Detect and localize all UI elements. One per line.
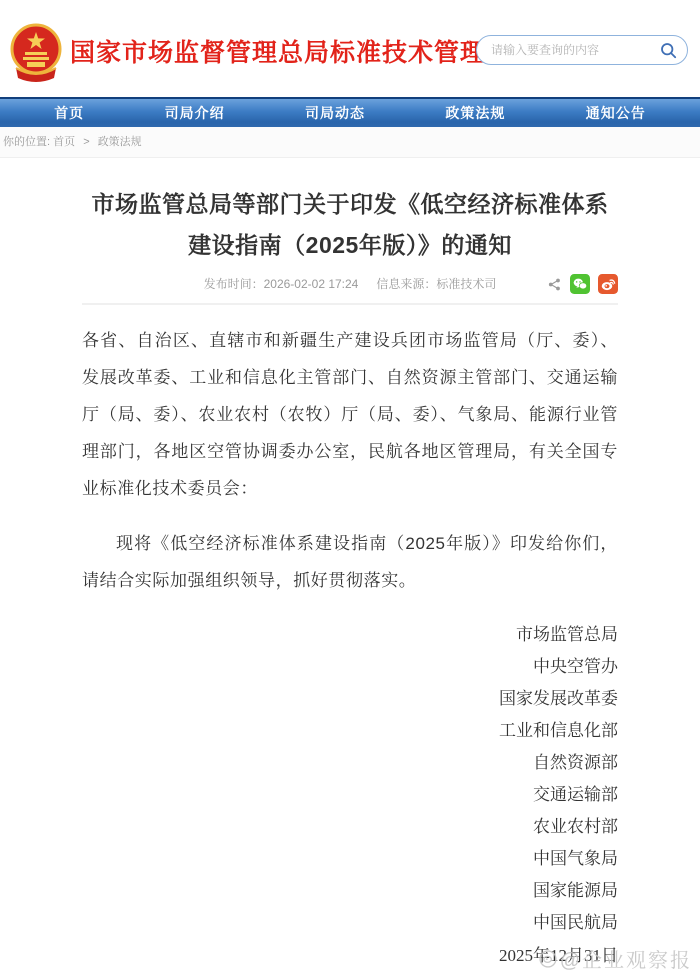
signature-line: 交通运输部 bbox=[82, 779, 618, 811]
signature-block: 市场监管总局 中央空管办 国家发展改革委 工业和信息化部 自然资源部 交通运输部… bbox=[82, 619, 618, 939]
signature-line: 国家发展改革委 bbox=[82, 683, 618, 715]
article: 市场监管总局等部门关于印发《低空经济标准体系建设指南（2025年版）》的通知 发… bbox=[0, 158, 700, 973]
signature-line: 国家能源局 bbox=[82, 875, 618, 907]
weibo-share-icon[interactable] bbox=[598, 274, 618, 294]
breadcrumb: 你的位置: 首页 > 政策法规 bbox=[0, 127, 700, 158]
article-paragraph: 各省、自治区、直辖市和新疆生产建设兵团市场监管局（厅、委）、发展改革委、工业和信… bbox=[82, 322, 618, 507]
source-label: 信息来源： bbox=[376, 277, 436, 291]
main-nav: 首页 司局介绍 司局动态 政策法规 通知公告 bbox=[0, 97, 700, 127]
share-icons bbox=[547, 273, 618, 295]
search-input[interactable] bbox=[491, 43, 660, 57]
wechat-share-icon[interactable] bbox=[570, 274, 590, 294]
signature-line: 农业农村部 bbox=[82, 811, 618, 843]
nav-item-home[interactable]: 首页 bbox=[54, 103, 84, 123]
signature-date: 2025年12月31日 bbox=[82, 939, 618, 973]
search-box[interactable] bbox=[476, 35, 688, 65]
search-icon bbox=[660, 42, 677, 59]
signature-line: 市场监管总局 bbox=[82, 619, 618, 651]
signature-line: 中国民航局 bbox=[82, 907, 618, 939]
nav-item-intro[interactable]: 司局介绍 bbox=[165, 103, 225, 123]
site-header: 国家市场监督管理总局标准技术管理司 bbox=[0, 0, 700, 97]
share-icon[interactable] bbox=[547, 277, 562, 292]
breadcrumb-home[interactable]: 首页 bbox=[53, 136, 75, 148]
breadcrumb-current[interactable]: 政策法规 bbox=[98, 136, 142, 148]
article-meta: 发布时间：2026-02-02 17:24信息来源：标准技术司 bbox=[82, 273, 618, 295]
signature-line: 中央空管办 bbox=[82, 651, 618, 683]
publish-time-value: 2026-02-02 17:24 bbox=[264, 277, 359, 291]
national-emblem-logo bbox=[8, 22, 64, 86]
signature-line: 中国气象局 bbox=[82, 843, 618, 875]
nav-item-news[interactable]: 司局动态 bbox=[305, 103, 365, 123]
signature-line: 工业和信息化部 bbox=[82, 715, 618, 747]
breadcrumb-separator: > bbox=[83, 136, 89, 148]
site-title: 国家市场监督管理总局标准技术管理司 bbox=[70, 33, 512, 69]
search-button[interactable] bbox=[660, 42, 677, 59]
nav-item-policy[interactable]: 政策法规 bbox=[445, 103, 505, 123]
article-paragraph: 现将《低空经济标准体系建设指南（2025年版）》印发给你们，请结合实际加强组织领… bbox=[82, 525, 618, 599]
meta-divider bbox=[82, 303, 618, 305]
source-value: 标准技术司 bbox=[436, 277, 496, 291]
breadcrumb-label: 你的位置: bbox=[3, 136, 50, 148]
nav-item-notices[interactable]: 通知公告 bbox=[586, 103, 646, 123]
signature-line: 自然资源部 bbox=[82, 747, 618, 779]
publish-time-label: 发布时间： bbox=[204, 277, 264, 291]
article-title: 市场监管总局等部门关于印发《低空经济标准体系建设指南（2025年版）》的通知 bbox=[82, 184, 618, 266]
